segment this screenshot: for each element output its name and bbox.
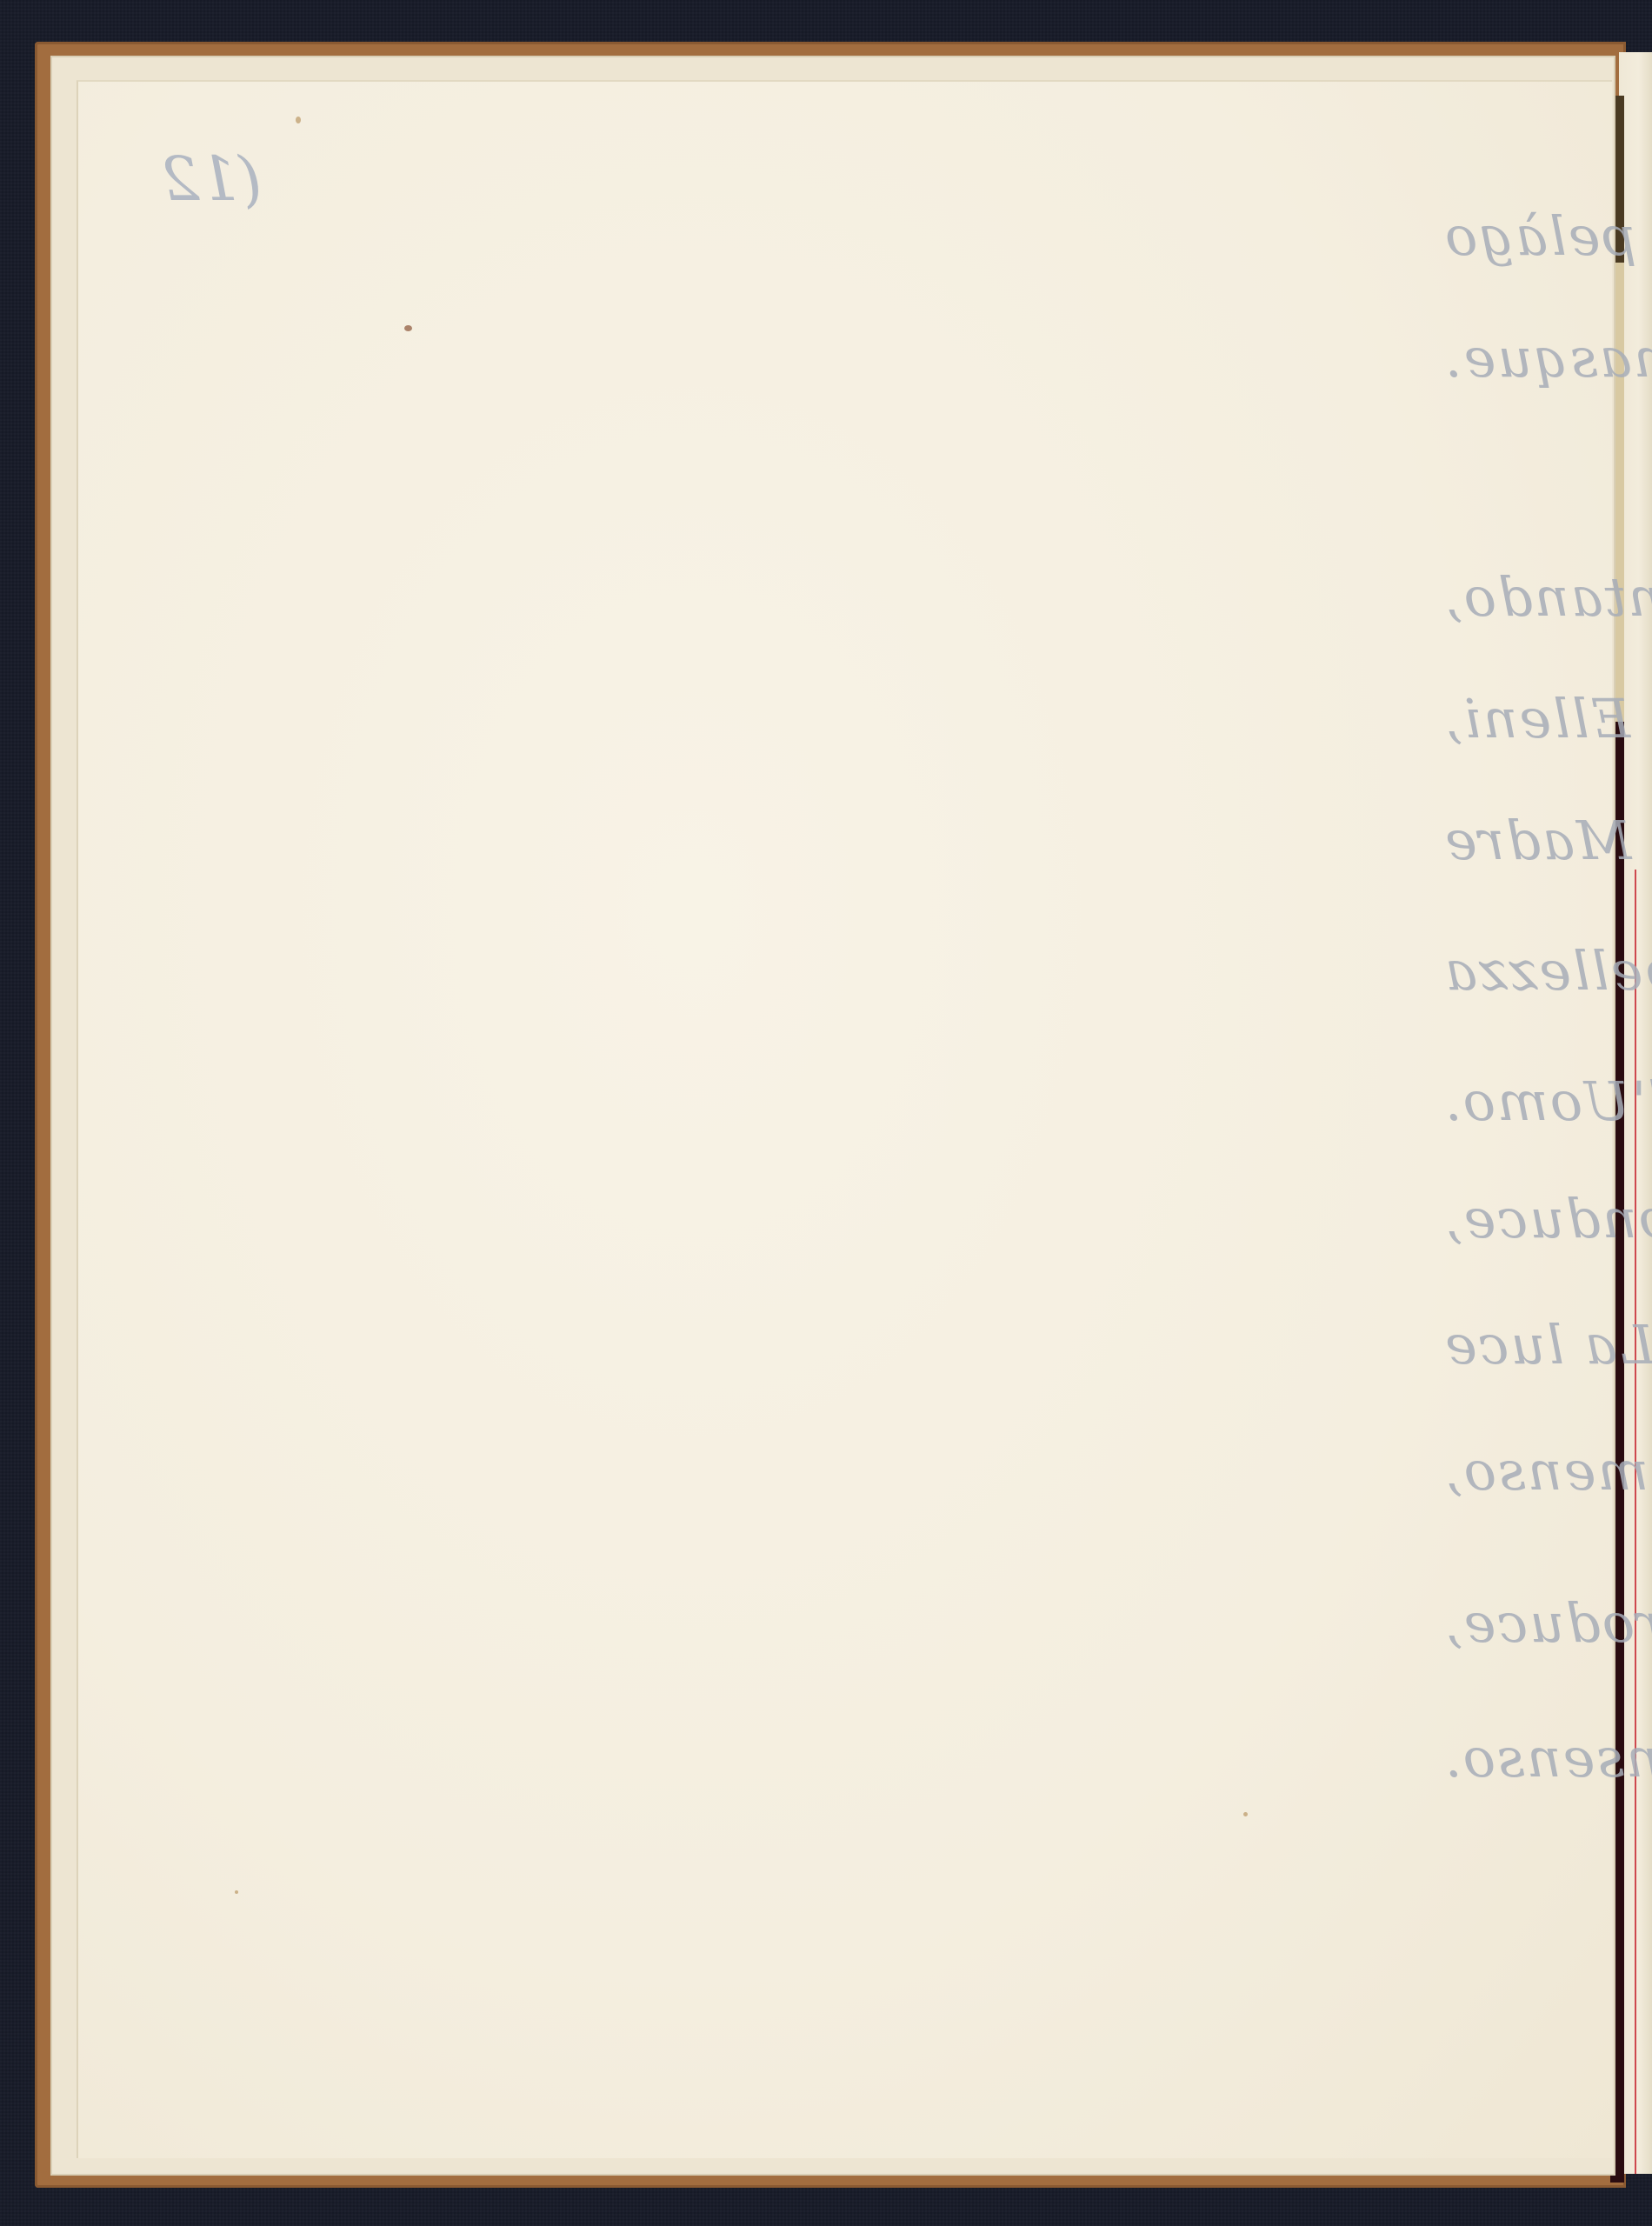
page-number: (12 (161, 143, 262, 215)
manuscript-line-1: ampie e i lontananii del pelàgo (1443, 204, 1652, 268)
manuscript-line-4: il figlio degli Elleni, (1443, 687, 1652, 750)
paper-fleck (235, 1890, 238, 1894)
manuscript-line-10: è la sua legge. E l'orizzonte immenso, (1443, 1439, 1652, 1503)
manuscript-line-3: Alto pel mar diffuse si vien cantando, (1443, 565, 1652, 629)
manuscript-page (77, 80, 1612, 2158)
manuscript-line-7: e il dolore dell'Uomo. (1443, 1070, 1652, 1133)
manuscript-line-11: con tutto che la Terra alma produce, (1443, 1591, 1652, 1655)
paper-fleck (1243, 1812, 1248, 1816)
binding-thread (1635, 870, 1636, 2174)
manuscript-line-6: Ellade. Si vien cantando la bellezza (1443, 939, 1652, 1003)
paper-fleck (404, 325, 412, 331)
manuscript-line-12: volgesi a lui come un divin consenso. (1443, 1726, 1652, 1789)
manuscript-line-9: pensiero. La luce (1443, 1313, 1652, 1376)
manuscript-line-5: il subitaneo fiore della Madre (1443, 809, 1652, 872)
manuscript-line-8: Il genio della stirpe lui conduce, (1443, 1187, 1652, 1250)
paper-fleck (296, 117, 301, 123)
manuscript-line-2: vade ne nasque. (1443, 326, 1652, 390)
